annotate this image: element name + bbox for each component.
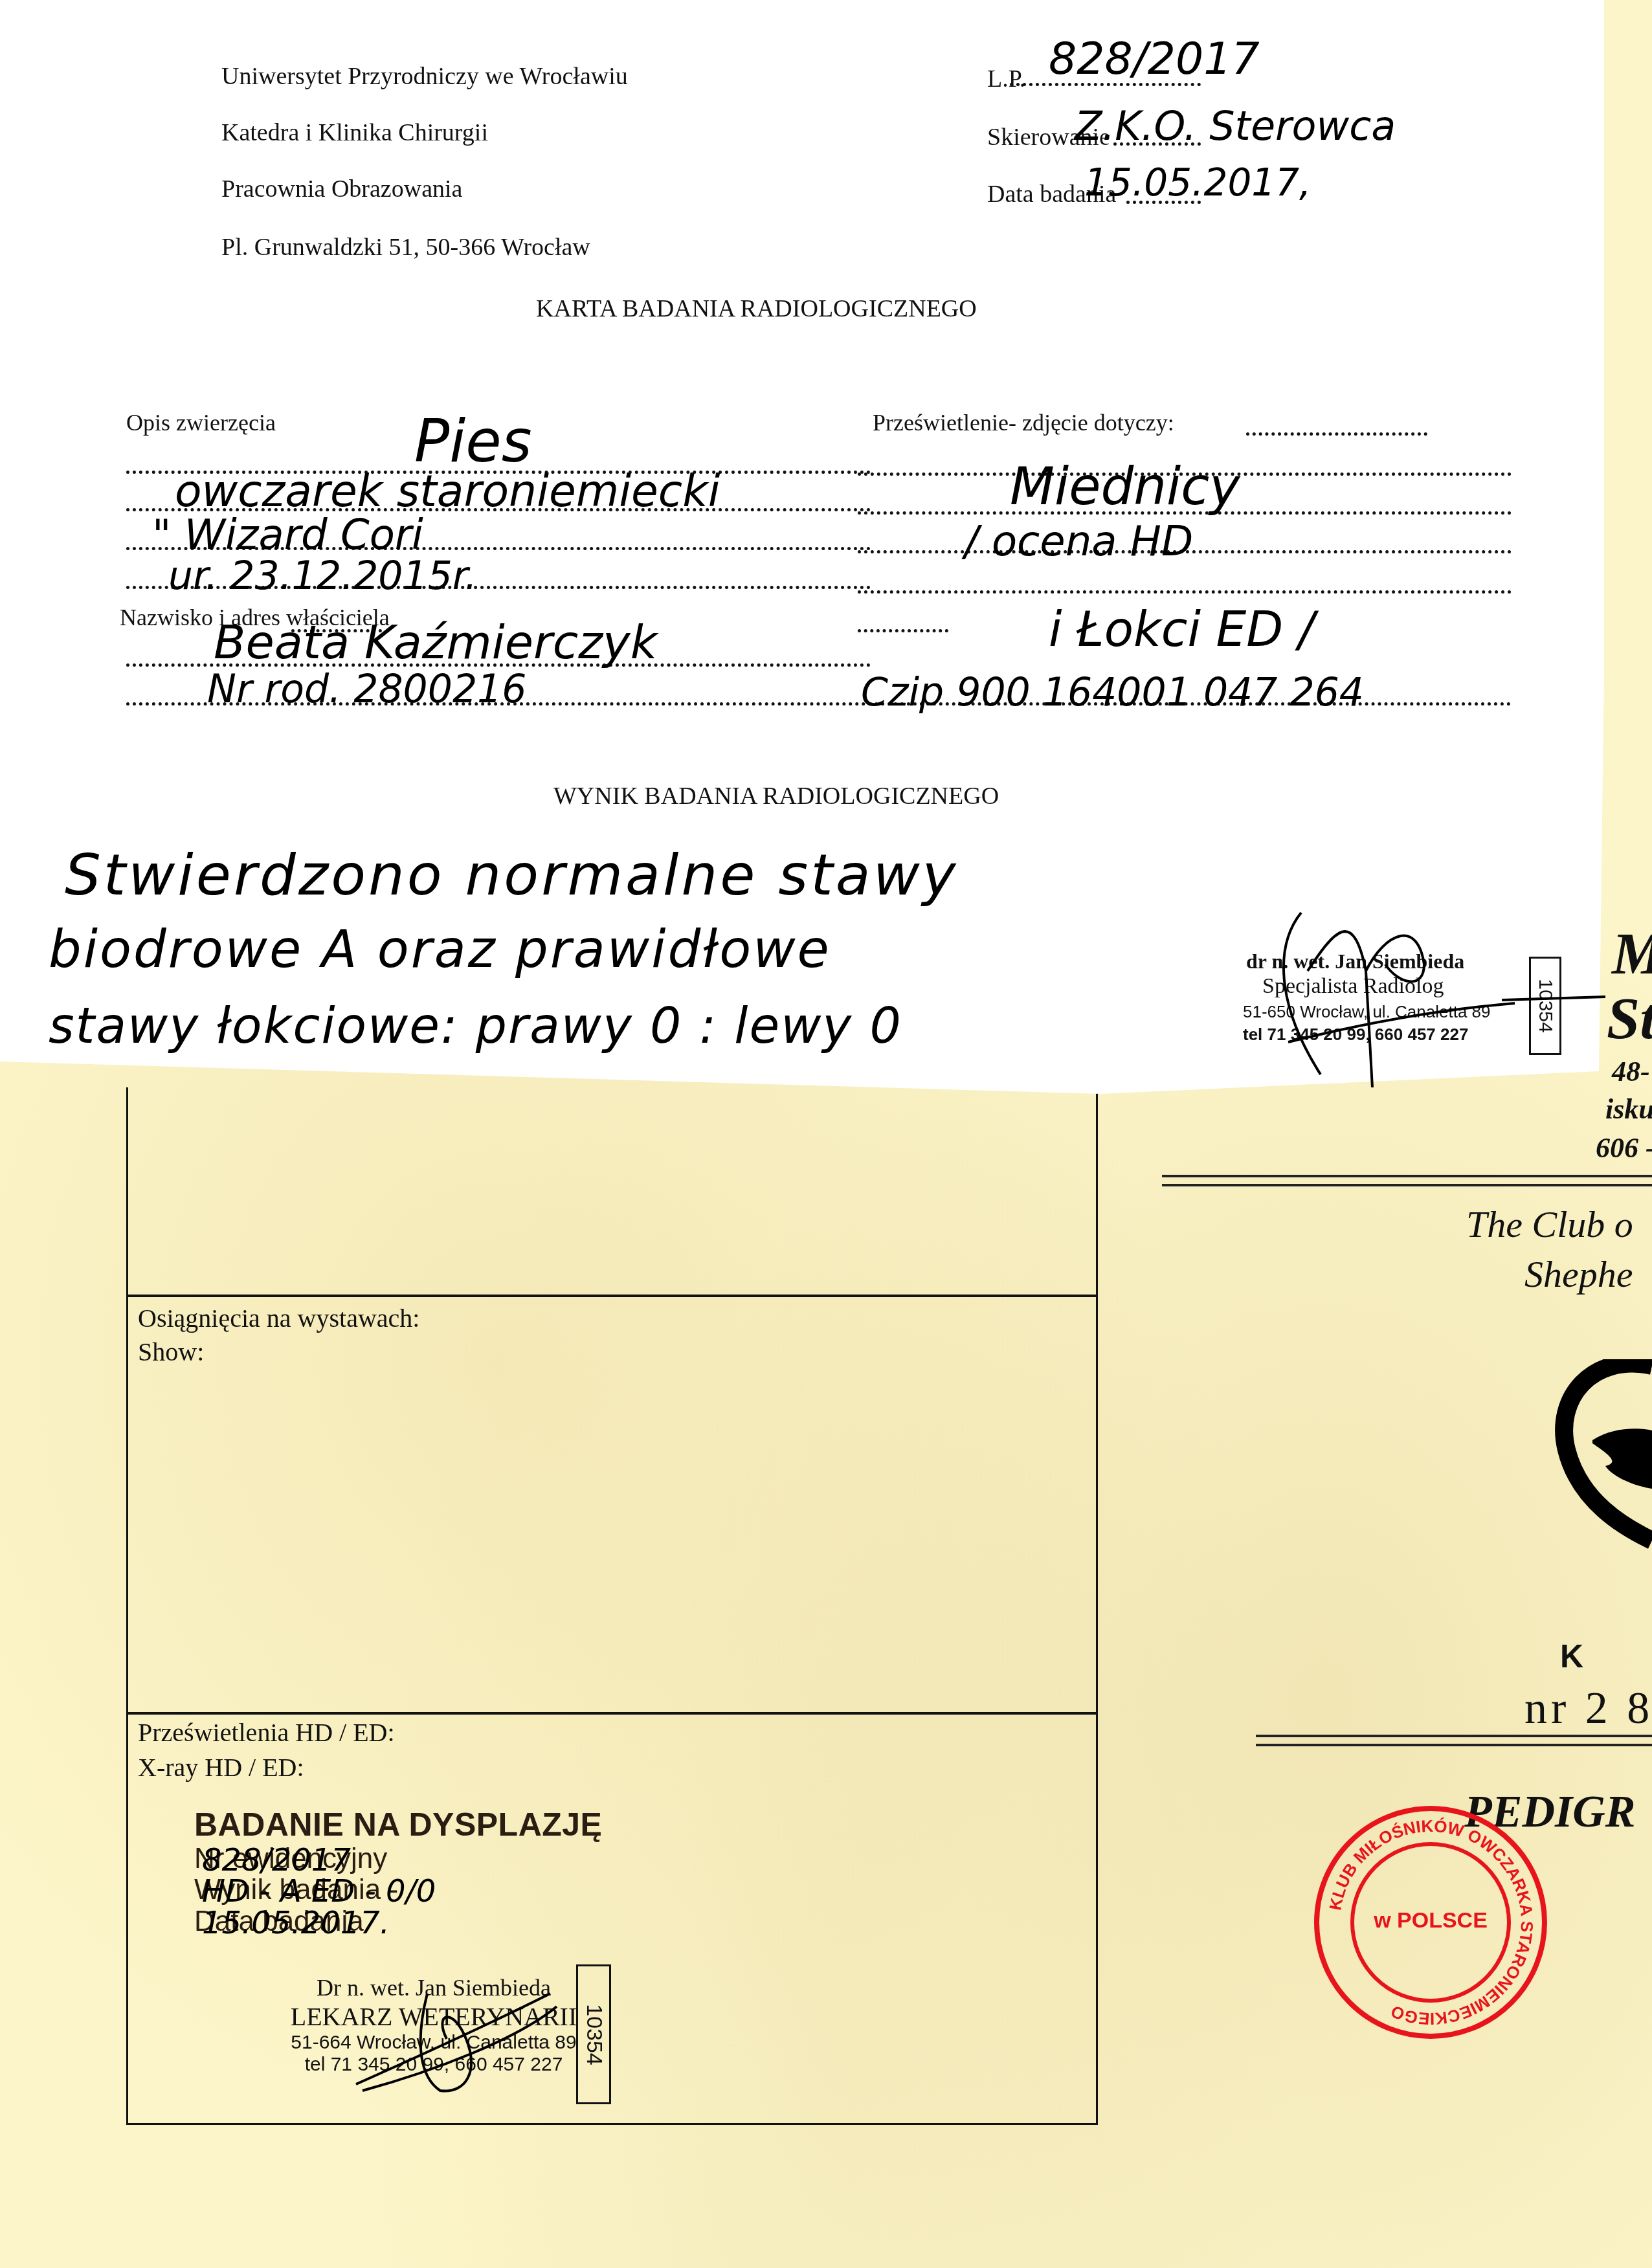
card-title: KARTA BADANIA RADIOLOGICZNEGO [536, 295, 977, 323]
show-achievements-label: Osiągnięcia na wystawach: [138, 1302, 419, 1335]
result-title: WYNIK BADANIA RADIOLOGICZNEGO [553, 782, 999, 810]
result-line: Stwierdzono normalne stawy [65, 841, 959, 908]
radiologist-signature-icon [1269, 893, 1605, 1087]
xray-label-en: X-ray HD / ED: [138, 1751, 304, 1784]
date-row: Data badania 15.05.2017. [194, 1906, 647, 1937]
owner-name: Beata Kaźmierczyk [214, 615, 657, 669]
animal-name: " Wizard Cori [152, 511, 423, 559]
dotted-line [858, 590, 1512, 594]
club-name-en: Shephe [1524, 1252, 1633, 1296]
pedigree-form-box [126, 1087, 1098, 2125]
double-rule [1162, 1175, 1652, 1186]
club-logo-icon [1554, 1359, 1652, 1553]
result-line: biodrowe A oraz prawidłowe [49, 919, 831, 979]
referral-value: Z.K.O. Sterowca [1075, 102, 1396, 150]
pedigree-header-fragment: isku [1605, 1093, 1652, 1126]
lp-value: 828/2017 [1049, 34, 1260, 85]
reg-no-row: Nr ewidencyjny 828/2017 [194, 1843, 647, 1874]
svg-text:KLUB MIŁOŚNIKÓW OWCZARKA STARO: KLUB MIŁOŚNIKÓW OWCZARKA STARONIEMIECKIE… [1325, 1816, 1537, 2029]
exam-date-value: 15.05.2017, [1084, 161, 1312, 205]
xray-concerns-label: Prześwietlenie- zdjęcie dotyczy: [873, 409, 1174, 436]
dysplasia-stamp-title: BADANIE NA DYSPLAZJĘ [194, 1806, 647, 1843]
club-seal: w POLSCE KLUB MIŁOŚNIKÓW OWCZARKA STARON… [1314, 1806, 1547, 2039]
double-rule [1256, 1735, 1652, 1746]
pedigree-header-fragment: St [1607, 984, 1652, 1052]
result-line: stawy łokciowe: prawy 0 : lewy 0 [49, 997, 902, 1054]
animal-birthdate: ur. 23.12.2015r. [168, 553, 477, 599]
pedigree-letters: K M [1560, 1638, 1652, 1675]
pedigree-header-fragment: 606 - [1596, 1131, 1652, 1164]
dysplasia-stamp: BADANIE NA DYSPLAZJĘ Nr ewidencyjny 828/… [194, 1806, 647, 1937]
date-value: 15.05.2017. [202, 1906, 390, 1940]
xray-concern-pelvis: Miednicy [1010, 456, 1240, 517]
pedigree-number: nr 2 8 [1524, 1683, 1652, 1735]
dotted-line [1246, 432, 1427, 436]
divider-line [126, 1295, 1096, 1297]
unit-name: Pracownia Obrazowania [221, 175, 462, 203]
result-value: HD - A ED - 0/0 [202, 1874, 436, 1909]
owner-chip: Czip 900 164001 047 264 [861, 670, 1364, 715]
xray-label-pl: Prześwietlenia HD / ED: [138, 1717, 395, 1749]
lp-label: L.P. [987, 65, 1025, 93]
result-row: Wynik badania - HD - A ED - 0/0 [194, 1874, 647, 1906]
club-seal-ring-text: KLUB MIŁOŚNIKÓW OWCZARKA STARONIEMIECKIE… [1325, 1816, 1537, 2029]
reg-no-value: 828/2017 [202, 1843, 351, 1878]
show-label: Show: [138, 1336, 204, 1368]
university-name: Uniwersytet Przyrodniczy we Wrocławiu [221, 62, 628, 91]
institution-address: Pl. Grunwaldzki 51, 50-366 Wrocław [221, 233, 590, 261]
divider-line [126, 1712, 1096, 1715]
dotted-line [858, 629, 948, 632]
department-name: Katedra i Klinika Chirurgii [221, 118, 488, 147]
pedigree-header-fragment: M [1612, 919, 1652, 988]
animal-description-label: Opis zwierzęcia [126, 409, 276, 436]
animal-breed: owczarek staroniemiecki [175, 466, 720, 517]
owner-pedigree-no: Nr rod. 2800216 [207, 667, 526, 712]
club-name-en: The Club o [1466, 1203, 1633, 1246]
pedigree-header-fragment: 48- [1612, 1055, 1650, 1088]
xray-concern-hd: / ocena HD [965, 518, 1193, 566]
xray-concern-ed: i Łokci ED / [1049, 602, 1315, 658]
vet-signature-icon [337, 1981, 596, 2097]
